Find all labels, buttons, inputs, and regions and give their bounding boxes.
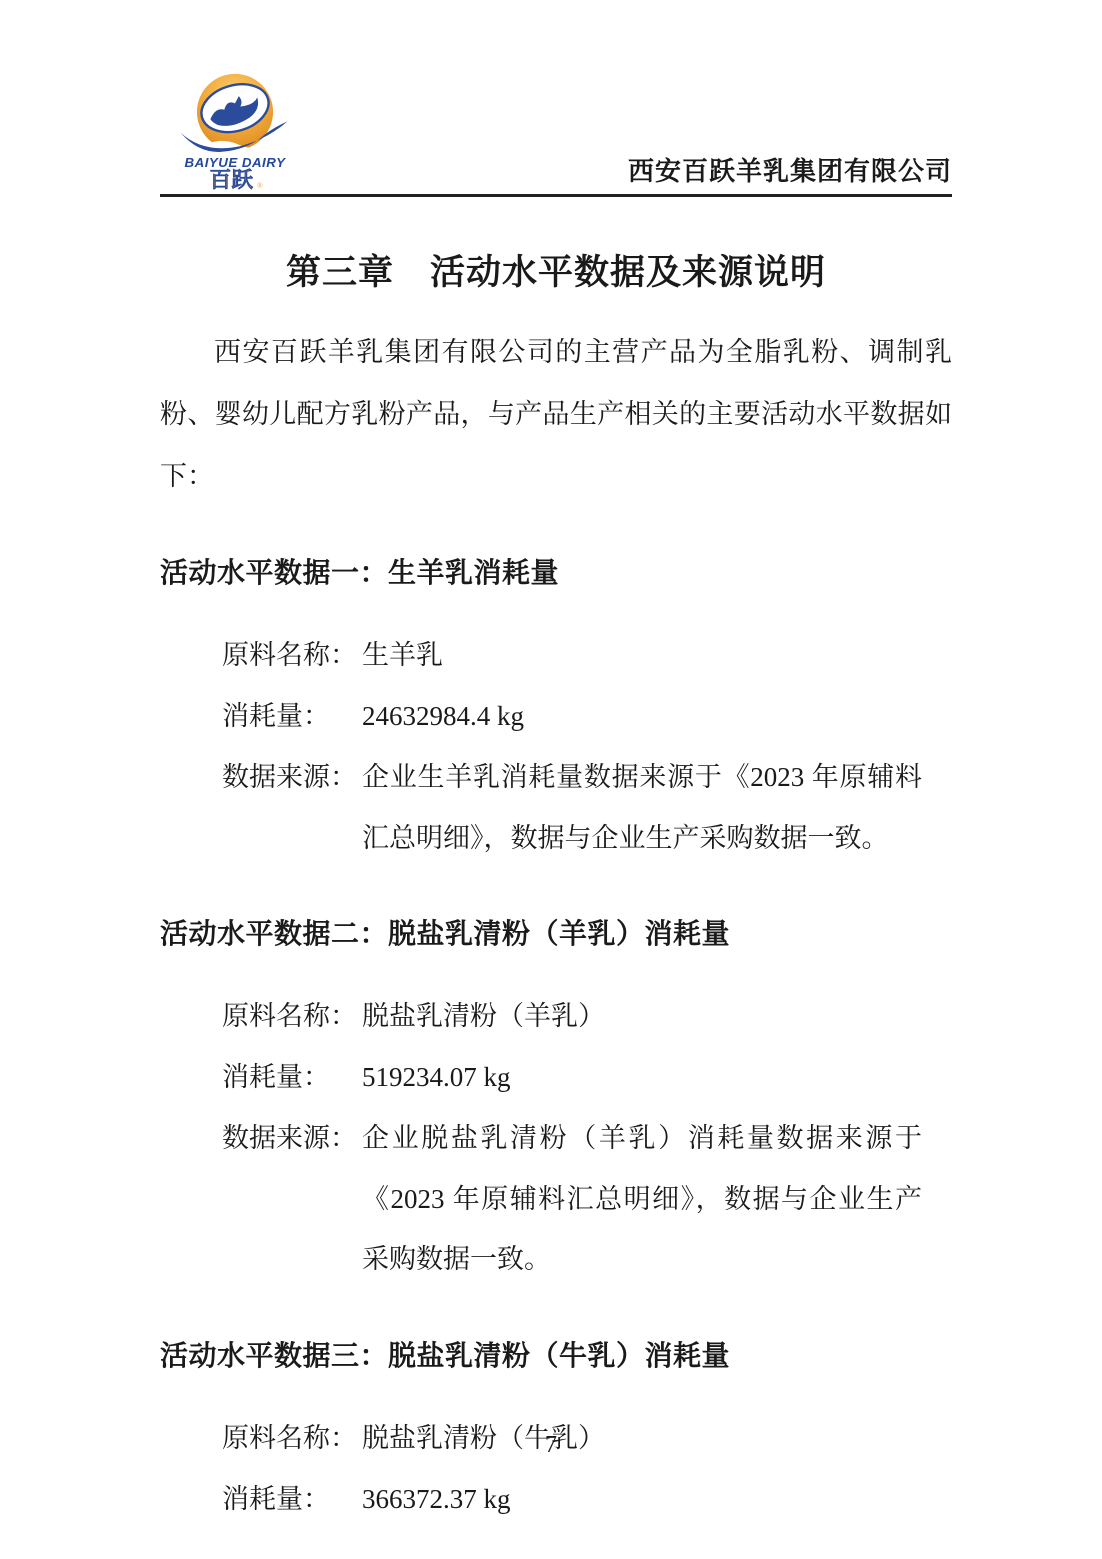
row-label: 原料名称： <box>222 986 362 1047</box>
section-2-heading: 活动水平数据二：脱盐乳清粉（羊乳）消耗量 <box>160 912 952 952</box>
data-row: 原料名称： 生羊乳 <box>160 625 952 686</box>
row-label: 消耗量： <box>222 1469 362 1530</box>
data-row: 数据来源： 企业生羊乳消耗量数据来源于《2023 年原辅料汇总明细》，数据与企业… <box>160 747 952 869</box>
chapter-title: 第三章 活动水平数据及来源说明 <box>160 245 952 295</box>
data-row: 原料名称： 脱盐乳清粉（羊乳） <box>160 986 952 1047</box>
baiyue-dairy-logo-icon: BAIYUE DAIRY 百跃 ® <box>160 72 310 190</box>
data-row: 消耗量： 366372.37 kg <box>160 1469 952 1530</box>
row-value: 生羊乳 <box>362 625 922 686</box>
logo-brand-cn: 百跃 <box>209 167 253 190</box>
section-1-heading: 活动水平数据一：生羊乳消耗量 <box>160 551 952 591</box>
logo-graphic: BAIYUE DAIRY 百跃 ® <box>160 72 310 190</box>
section-3-heading: 活动水平数据三：脱盐乳清粉（牛乳）消耗量 <box>160 1334 952 1374</box>
section-activity-data-1: 活动水平数据一：生羊乳消耗量 原料名称： 生羊乳 消耗量： 24632984.4… <box>160 551 952 868</box>
page-number: 7 <box>0 1432 1102 1459</box>
row-value: 24632984.4 kg <box>362 686 922 747</box>
row-value: 366372.37 kg <box>362 1469 922 1530</box>
section-activity-data-2: 活动水平数据二：脱盐乳清粉（羊乳）消耗量 原料名称： 脱盐乳清粉（羊乳） 消耗量… <box>160 912 952 1290</box>
page-header: BAIYUE DAIRY 百跃 ® 西安百跃羊乳集团有限公司 <box>160 0 952 197</box>
data-row: 消耗量： 24632984.4 kg <box>160 686 952 747</box>
data-row: 数据来源： 企业脱盐乳清粉（羊乳）消耗量数据来源于《2023 年原辅料汇总明细》… <box>160 1108 952 1290</box>
row-value: 519234.07 kg <box>362 1047 922 1108</box>
row-label: 原料名称： <box>222 625 362 686</box>
row-label: 消耗量： <box>222 1047 362 1108</box>
row-label: 数据来源： <box>222 1108 362 1290</box>
header-company-name: 西安百跃羊乳集团有限公司 <box>628 151 952 190</box>
row-value: 企业脱盐乳清粉（羊乳）消耗量数据来源于《2023 年原辅料汇总明细》，数据与企业… <box>362 1108 922 1290</box>
logo-registered-mark: ® <box>257 181 263 190</box>
document-page: BAIYUE DAIRY 百跃 ® 西安百跃羊乳集团有限公司 第三章 活动水平数… <box>0 0 1102 1559</box>
data-row: 消耗量： 519234.07 kg <box>160 1047 952 1108</box>
row-value: 企业生羊乳消耗量数据来源于《2023 年原辅料汇总明细》，数据与企业生产采购数据… <box>362 747 922 869</box>
row-label: 消耗量： <box>222 686 362 747</box>
row-value: 脱盐乳清粉（羊乳） <box>362 986 922 1047</box>
intro-paragraph: 西安百跃羊乳集团有限公司的主营产品为全脂乳粉、调制乳粉、婴幼儿配方乳粉产品，与产… <box>160 321 952 507</box>
row-label: 数据来源： <box>222 747 362 869</box>
